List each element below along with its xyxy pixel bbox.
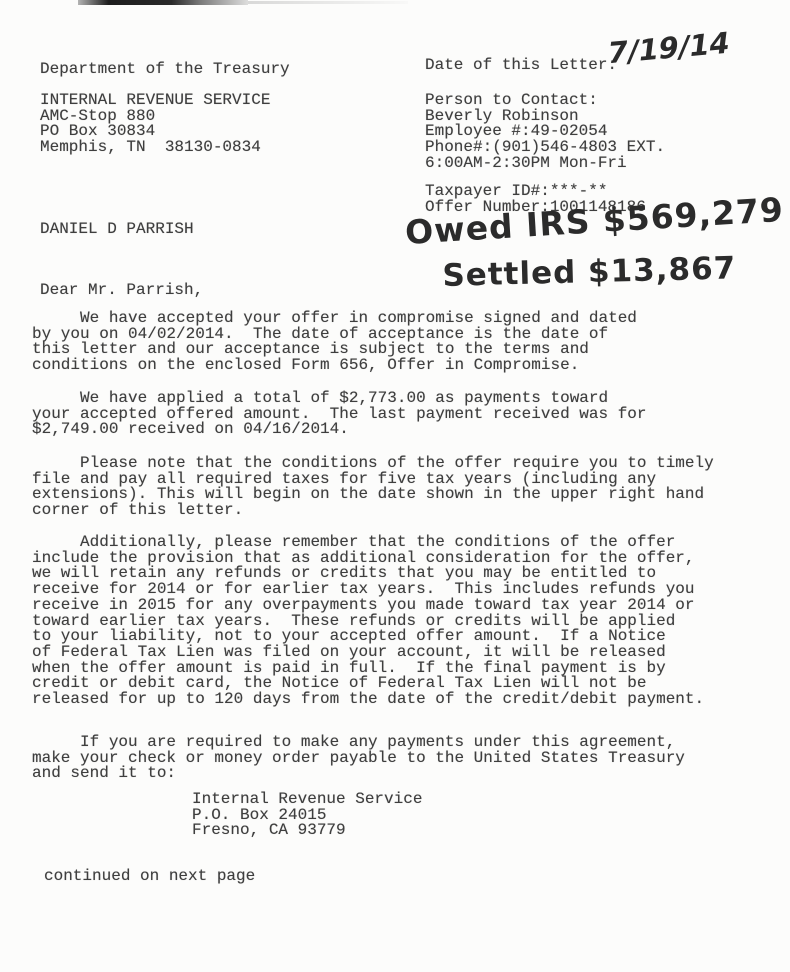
payment-mailing-address: Internal Revenue Service P.O. Box 24015 … xyxy=(192,792,422,839)
paragraph-compliance-conditions: Please note that the conditions of the o… xyxy=(32,456,714,519)
letter-date-label: Date of this Letter: xyxy=(425,58,617,74)
paragraph-refunds-lien: Additionally, please remember that the c… xyxy=(32,535,704,708)
sender-department: Department of the Treasury xyxy=(40,62,290,78)
redaction-bar xyxy=(78,0,248,5)
scanned-letter-page: Department of the Treasury INTERNAL REVE… xyxy=(0,0,790,972)
paragraph-payment-instructions: If you are required to make any payments… xyxy=(32,735,685,782)
handwritten-settled-annotation: Settled $13,867 xyxy=(442,250,737,294)
continued-note: continued on next page xyxy=(44,869,255,885)
contact-info-block: Person to Contact: Beverly Robinson Empl… xyxy=(425,93,665,172)
paragraph-payments-applied: We have applied a total of $2,773.00 as … xyxy=(32,391,647,438)
sender-address-block: INTERNAL REVENUE SERVICE AMC-Stop 880 PO… xyxy=(40,93,270,156)
paragraph-acceptance: We have accepted your offer in compromis… xyxy=(32,311,637,374)
salutation: Dear Mr. Parrish, xyxy=(40,283,203,299)
scan-smudge xyxy=(248,1,408,4)
recipient-name: DANIEL D PARRISH xyxy=(40,222,194,238)
handwritten-letter-date: 7/19/14 xyxy=(606,25,732,70)
